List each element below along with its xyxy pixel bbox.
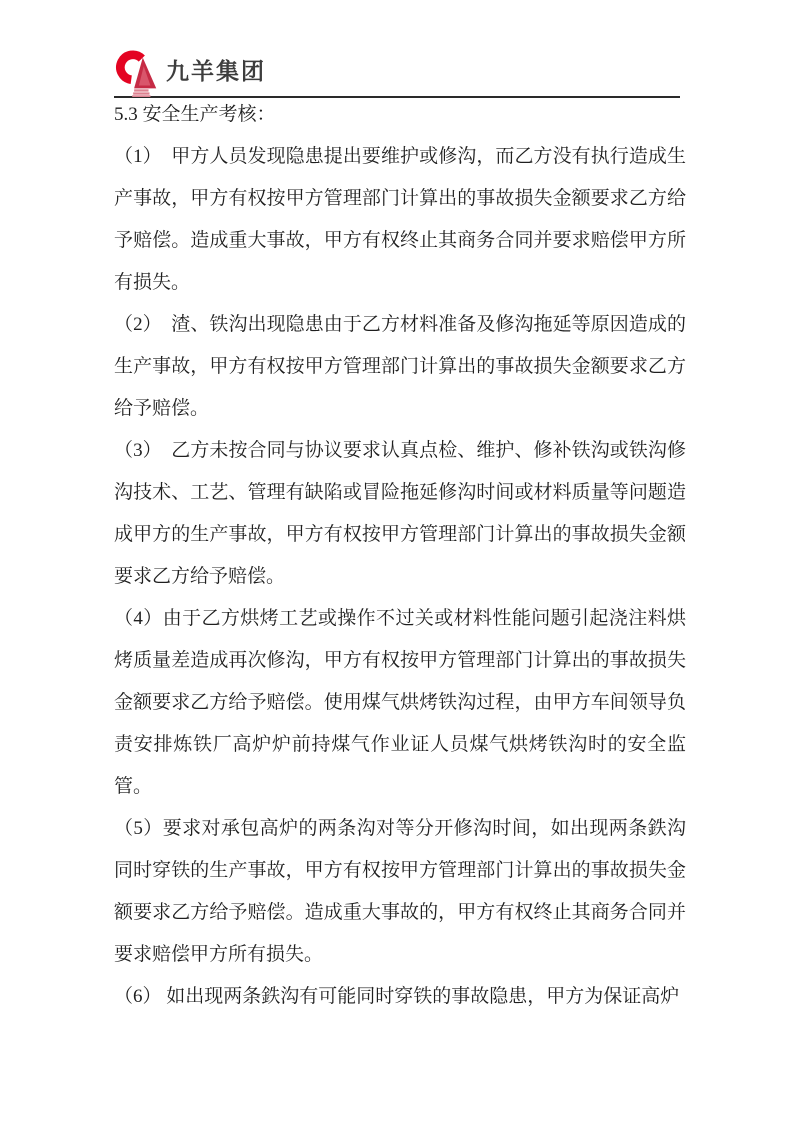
- brand-row: 九羊集团: [114, 48, 680, 94]
- document-page: 九羊集团 5.3 安全生产考核： （1） 甲方人员发现隐患提出要维护或修沟，而乙…: [0, 0, 800, 1131]
- section-heading: 5.3 安全生产考核：: [114, 94, 686, 136]
- brand-name: 九羊集团: [166, 48, 266, 94]
- clause-5: （5）要求对承包高炉的两条沟对等分开修沟时间，如出现两条鉄沟同时穿铁的生产事故，…: [114, 808, 686, 976]
- clause-6: （6） 如出现两条鉄沟有可能同时穿铁的事故隐患，甲方为保证高炉: [114, 976, 686, 1018]
- jiuyang-group-logo-icon: [114, 47, 160, 97]
- document-body: 5.3 安全生产考核： （1） 甲方人员发现隐患提出要维护或修沟，而乙方没有执行…: [114, 94, 686, 1018]
- clause-1: （1） 甲方人员发现隐患提出要维护或修沟，而乙方没有执行造成生产事故，甲方有权按…: [114, 136, 686, 304]
- clause-2: （2） 渣、铁沟出现隐患由于乙方材料准备及修沟拖延等原因造成的生产事故，甲方有权…: [114, 304, 686, 430]
- clause-4: （4）由于乙方烘烤工艺或操作不过关或材料性能问题引起浇注料烘烤质量差造成再次修沟…: [114, 598, 686, 808]
- letterhead: 九羊集团: [114, 48, 680, 98]
- clause-3: （3） 乙方未按合同与协议要求认真点检、维护、修补铁沟或铁沟修沟技术、工艺、管理…: [114, 430, 686, 598]
